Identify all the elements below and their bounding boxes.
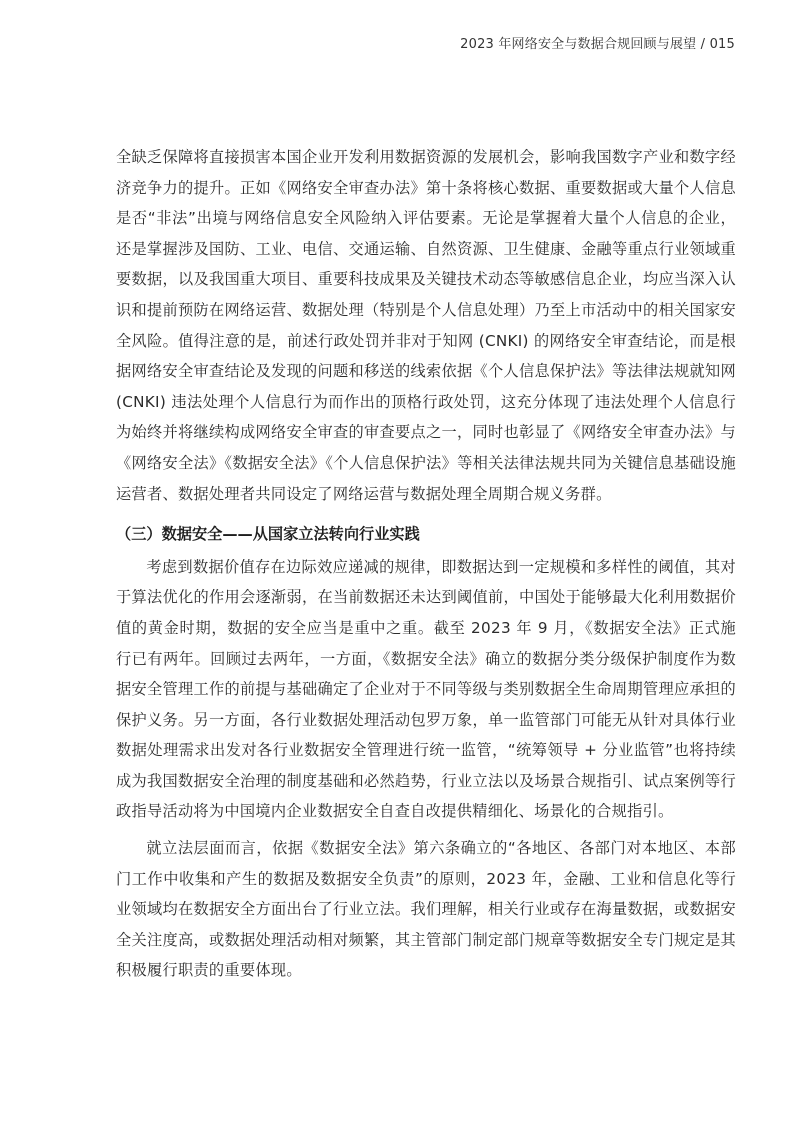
section-heading: （三）数据安全——从国家立法转向行业实践 (116, 515, 736, 552)
running-header: 2023 年网络安全与数据合规回顾与展望 / 015 (460, 33, 735, 52)
body-paragraph: 全缺乏保障将直接损害本国企业开发利用数据资源的发展机会，影响我国数字产业和数字经… (116, 142, 736, 509)
body-paragraph: 就立法层面而言，依据《数据安全法》第六条确立的“各地区、各部门对本地区、本部门工… (116, 833, 736, 986)
document-body: 全缺乏保障将直接损害本国企业开发利用数据资源的发展机会，影响我国数字产业和数字经… (116, 142, 736, 986)
body-paragraph: 考虑到数据价值存在边际效应递减的规律，即数据达到一定规模和多样性的阈值，其对于算… (116, 552, 736, 827)
